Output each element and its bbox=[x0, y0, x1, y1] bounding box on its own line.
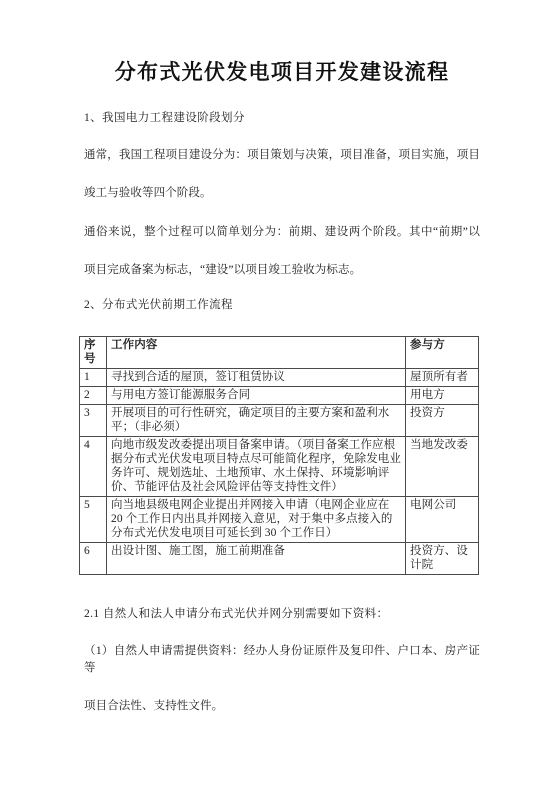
table-cell-party: 用电方 bbox=[406, 387, 479, 405]
document-page: 分布式光伏发电项目开发建设流程 1、我国电力工程建设阶段划分 通常，我国工程项目… bbox=[0, 0, 560, 792]
paragraph-natural-person: （1）自然人申请需提供资料：经办人身份证原件及复印件、户口本、房产证等 项目合法… bbox=[84, 643, 480, 715]
table-header-row: 序号 工作内容 参与方 bbox=[80, 337, 479, 369]
table-cell-party: 投资方 bbox=[406, 405, 479, 437]
workflow-table: 序号 工作内容 参与方 1 寻找到合适的屋顶，签订租赁协议 屋顶所有者 2 与用… bbox=[79, 336, 479, 575]
table-cell-party: 屋顶所有者 bbox=[406, 369, 479, 387]
table-header-party: 参与方 bbox=[406, 337, 479, 369]
table-cell-no: 5 bbox=[80, 497, 107, 543]
paragraph-line: 项目完成备案为标志，“建设”以项目竣工验收为标志。 bbox=[84, 262, 480, 279]
table-cell-party: 电网公司 bbox=[406, 497, 479, 543]
section-2-heading: 2、分布式光伏前期工作流程 bbox=[84, 297, 480, 314]
paragraph-line: 竣工与验收等四个阶段。 bbox=[84, 185, 480, 202]
paragraph-line: （1）自然人申请需提供资料：经办人身份证原件及复印件、户口本、房产证等 bbox=[84, 643, 480, 677]
table-header-no: 序号 bbox=[80, 337, 107, 369]
table-cell-no: 2 bbox=[80, 387, 107, 405]
table-cell-content: 寻找到合适的屋顶，签订租赁协议 bbox=[107, 369, 406, 387]
table-cell-content: 与用电方签订能源服务合同 bbox=[107, 387, 406, 405]
table-row: 1 寻找到合适的屋顶，签订租赁协议 屋顶所有者 bbox=[80, 369, 479, 387]
document-content: 分布式光伏发电项目开发建设流程 1、我国电力工程建设阶段划分 通常，我国工程项目… bbox=[84, 0, 480, 715]
table-row: 6 出设计图、施工图，施工前期准备 投资方、设计院 bbox=[80, 543, 479, 575]
table-header-content: 工作内容 bbox=[107, 337, 406, 369]
table-cell-content: 出设计图、施工图，施工前期准备 bbox=[107, 543, 406, 575]
document-title: 分布式光伏发电项目开发建设流程 bbox=[84, 52, 480, 92]
paragraph-stages: 通常，我国工程项目建设分为：项目策划与决策，项目准备，项目实施，项目 竣工与验收… bbox=[84, 147, 480, 202]
table-cell-content: 开展项目的可行性研究，确定项目的主要方案和盈利水平；（非必须） bbox=[107, 405, 406, 437]
table-cell-no: 6 bbox=[80, 543, 107, 575]
table-row: 5 向当地县级电网企业提出并网接入申请（电网企业应在 20 个工作日内出具并网接… bbox=[80, 497, 479, 543]
table-row: 3 开展项目的可行性研究，确定项目的主要方案和盈利水平；（非必须） 投资方 bbox=[80, 405, 479, 437]
paragraph-line: 通常，我国工程项目建设分为：项目策划与决策，项目准备，项目实施，项目 bbox=[84, 147, 480, 164]
table-cell-no: 4 bbox=[80, 437, 107, 497]
table-cell-no: 3 bbox=[80, 405, 107, 437]
table-cell-party: 当地发改委 bbox=[406, 437, 479, 497]
paragraph-line: 项目合法性、支持性文件。 bbox=[84, 698, 480, 715]
table-cell-content: 向地市级发改委提出项目备案申请。（项目备案工作应根据分布式光伏发电项目特点尽可能… bbox=[107, 437, 406, 497]
table-row: 4 向地市级发改委提出项目备案申请。（项目备案工作应根据分布式光伏发电项目特点尽… bbox=[80, 437, 479, 497]
table-cell-no: 1 bbox=[80, 369, 107, 387]
table-cell-party: 投资方、设计院 bbox=[406, 543, 479, 575]
paragraph-line: 通俗来说，整个过程可以简单划分为：前期、建设两个阶段。其中“前期”以 bbox=[84, 224, 480, 241]
paragraph-phases: 通俗来说，整个过程可以简单划分为：前期、建设两个阶段。其中“前期”以 项目完成备… bbox=[84, 224, 480, 279]
table-cell-content: 向当地县级电网企业提出并网接入申请（电网企业应在 20 个工作日内出具并网接入意… bbox=[107, 497, 406, 543]
table-row: 2 与用电方签订能源服务合同 用电方 bbox=[80, 387, 479, 405]
section-2-1-heading: 2.1 自然人和法人申请分布式光伏并网分别需要如下资料： bbox=[84, 606, 480, 623]
section-1-heading: 1、我国电力工程建设阶段划分 bbox=[84, 110, 480, 127]
